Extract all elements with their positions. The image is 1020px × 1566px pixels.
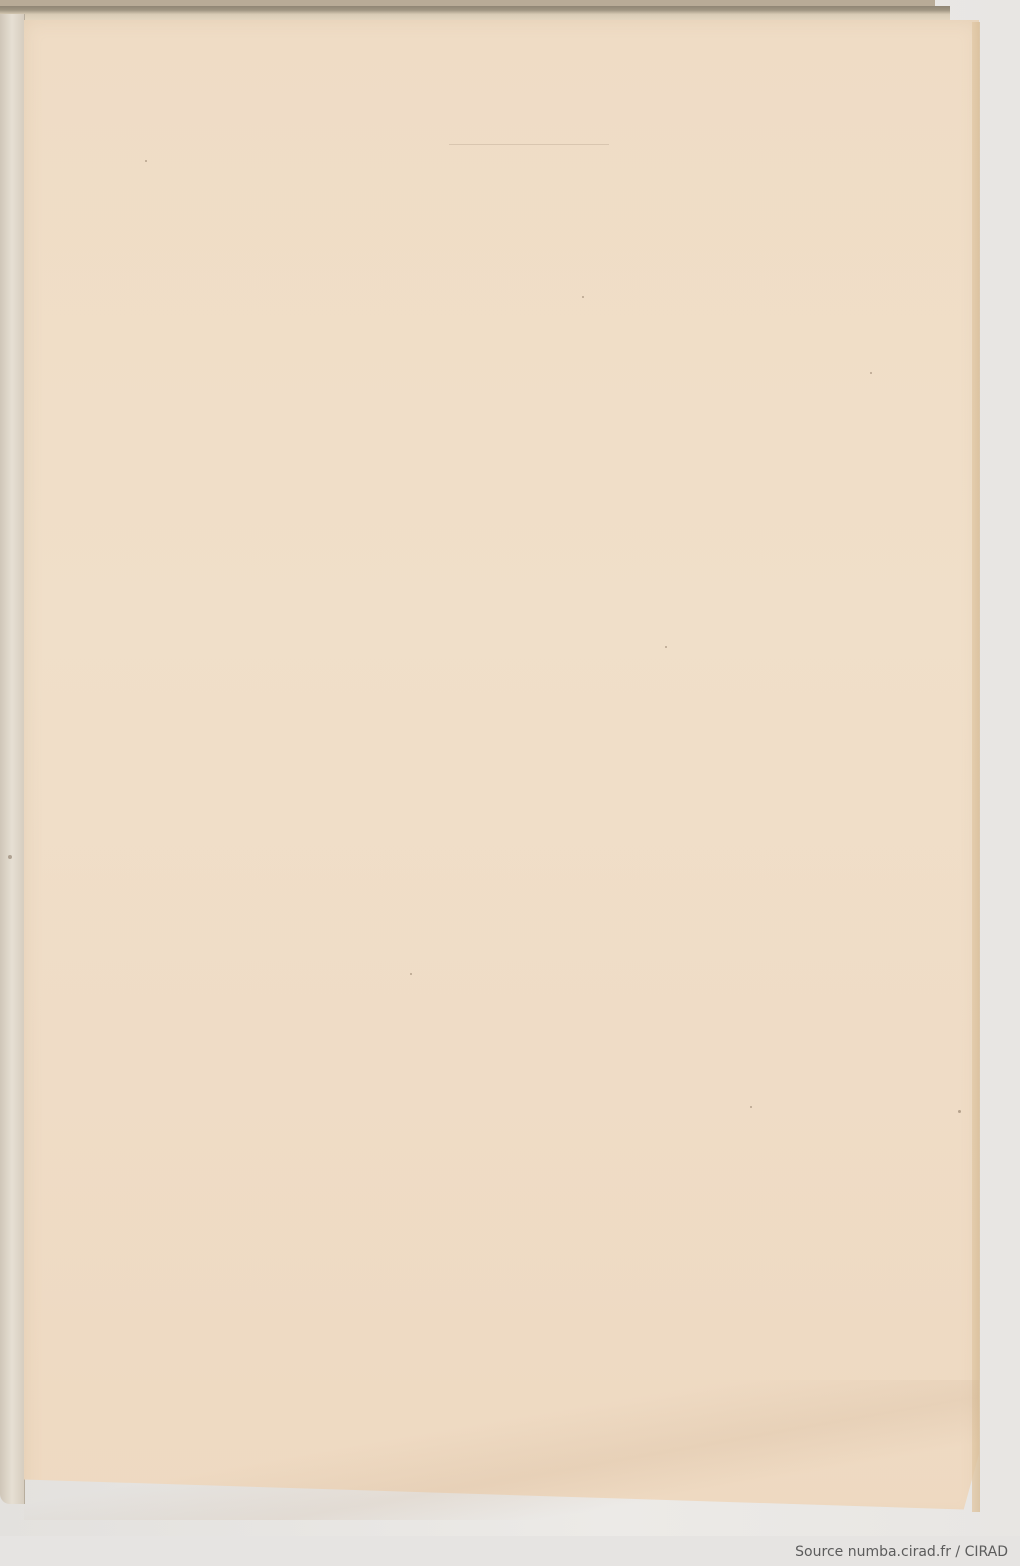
paper-speck [582, 296, 584, 298]
paper-speck [145, 160, 147, 162]
source-credit: Source numba.cirad.fr / CIRAD [795, 1544, 1008, 1560]
paper-speck [410, 973, 412, 975]
facing-page-edge [0, 14, 25, 1504]
paper-speck [750, 1106, 752, 1108]
page-fore-edge [972, 22, 980, 1512]
paper-speck [958, 1110, 961, 1113]
paper-speck [8, 855, 12, 859]
paper-speck [665, 646, 667, 648]
paper-speck [870, 372, 872, 374]
page-stack-top-edge-light [0, 6, 950, 20]
blank-book-page [24, 20, 979, 1520]
faint-bleed-through-rule [449, 144, 609, 145]
